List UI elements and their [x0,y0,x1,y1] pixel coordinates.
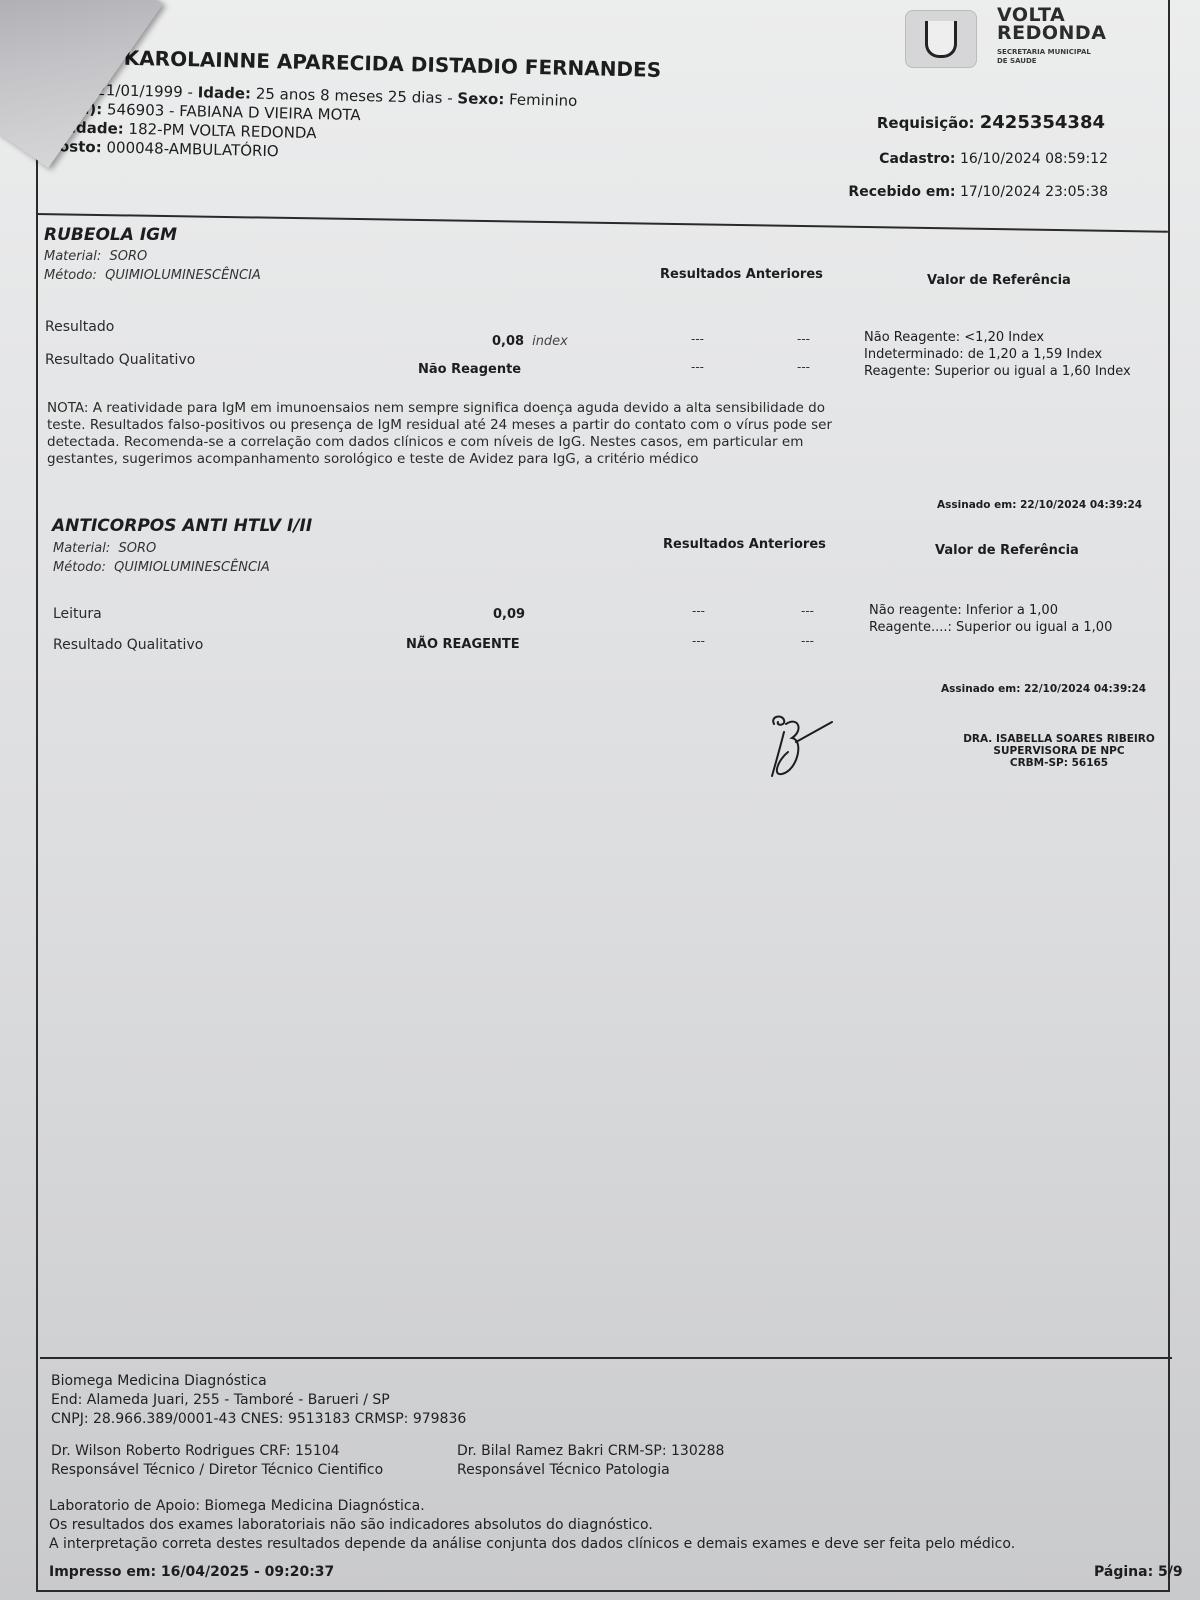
crest-icon [905,10,977,68]
signer-role: SUPERVISORA DE NPC [956,745,1162,757]
lab-ids: CNPJ: 28.966.389/0001-43 CNES: 9513183 C… [51,1410,466,1429]
lab-name: Biomega Medicina Diagnóstica [51,1372,466,1391]
reference-values: Não Reagente: <1,20 Index Indeterminado:… [864,329,1164,380]
birth-date: 21/01/1999 [96,81,183,101]
exam-title-htlv: ANTICORPOS ANTI HTLV I/II [52,516,312,536]
lab-address: End: Alameda Juari, 255 - Tamboré - Baru… [51,1391,466,1410]
exam-method: Método: QUIMIOLUMINESCÊNCIA [53,560,270,575]
responsible-2: Dr. Bilal Ramez Bakri CRM-SP: 130288 Res… [457,1442,724,1480]
disclaimer: Laboratorio de Apoio: Biomega Medicina D… [49,1497,1015,1554]
signer-name: DRA. ISABELLA SOARES RIBEIRO [956,733,1162,745]
previous-result: --- [692,634,705,648]
previous-result: --- [801,604,814,618]
logo-subtitle: SECRETARIA MUNICIPAL DE SAUDE [997,48,1091,66]
clinical-note: NOTA: A reatividade para IgM em imunoens… [47,400,847,468]
previous-result: --- [797,332,810,346]
qualitative-result: Não Reagente [418,362,521,377]
requisition-number: 2425354384 [980,112,1105,133]
received-line: Recebido em: 17/10/2024 23:05:38 [848,184,1108,200]
printed-timestamp: Impresso em: 16/04/2025 - 09:20:37 [49,1564,334,1580]
footer-divider [40,1357,1172,1359]
row-label: Resultado Qualitativo [53,637,203,653]
signer-registry: CRBM-SP: 56165 [956,757,1162,769]
registered-value: 16/10/2024 08:59:12 [960,151,1108,167]
exam-title-rubeola: RUBEOLA IGM [44,225,177,245]
signed-timestamp: Assinado em: 22/10/2024 04:39:24 [941,683,1146,695]
requisition: Requisição: 2425354384 [877,112,1105,133]
previous-result: --- [691,360,704,374]
result-value: 0,08index [492,334,568,349]
volta-redonda-logo: VOLTA REDONDA SECRETARIA MUNICIPAL DE SA… [905,10,1135,70]
sex-value: Feminino [509,90,578,110]
lab-info: Biomega Medicina Diagnóstica End: Alamed… [51,1372,466,1429]
reference-values: Não reagente: Inferior a 1,00 Reagente..… [869,602,1139,636]
logo-title: VOLTA REDONDA [997,6,1106,42]
previous-result: --- [801,634,814,648]
row-label: Resultado [45,319,114,335]
previous-results-header: Resultados Anteriores [663,537,826,552]
row-label: Resultado Qualitativo [45,352,195,368]
received-value: 17/10/2024 23:05:38 [960,184,1108,200]
responsible-1: Dr. Wilson Roberto Rodrigues CRF: 15104 … [51,1442,383,1480]
previous-results-header: Resultados Anteriores [660,267,823,282]
received-label: Recebido em: [848,184,955,200]
qualitative-result: NÃO REAGENTE [406,637,520,652]
signature-icon [768,712,838,782]
page-number: Página: 5/9 [1094,1564,1183,1580]
reference-header: Valor de Referência [927,273,1071,288]
result-value: 0,09 [493,607,525,622]
registered-label: Cadastro: [879,151,955,167]
previous-result: --- [797,360,810,374]
sex-label: Sexo: [457,89,504,108]
exam-material: Material: SORO [53,541,156,556]
age-label: Idade: [197,83,251,102]
lab-report-page: Sr.(a): KAROLAINNE APARECIDA DISTADIO FE… [0,0,1200,1600]
exam-method: Método: QUIMIOLUMINESCÊNCIA [44,268,261,283]
page-frame [36,0,1170,1592]
row-label: Leitura [53,606,102,622]
previous-result: --- [692,604,705,618]
signed-timestamp: Assinado em: 22/10/2024 04:39:24 [937,499,1142,511]
previous-result: --- [691,332,704,346]
reference-header: Valor de Referência [935,543,1079,558]
exam-material: Material: SORO [44,249,147,264]
signer-block: DRA. ISABELLA SOARES RIBEIRO SUPERVISORA… [956,733,1162,769]
registered-line: Cadastro: 16/10/2024 08:59:12 [879,151,1108,167]
requisition-label: Requisição: [877,114,975,132]
